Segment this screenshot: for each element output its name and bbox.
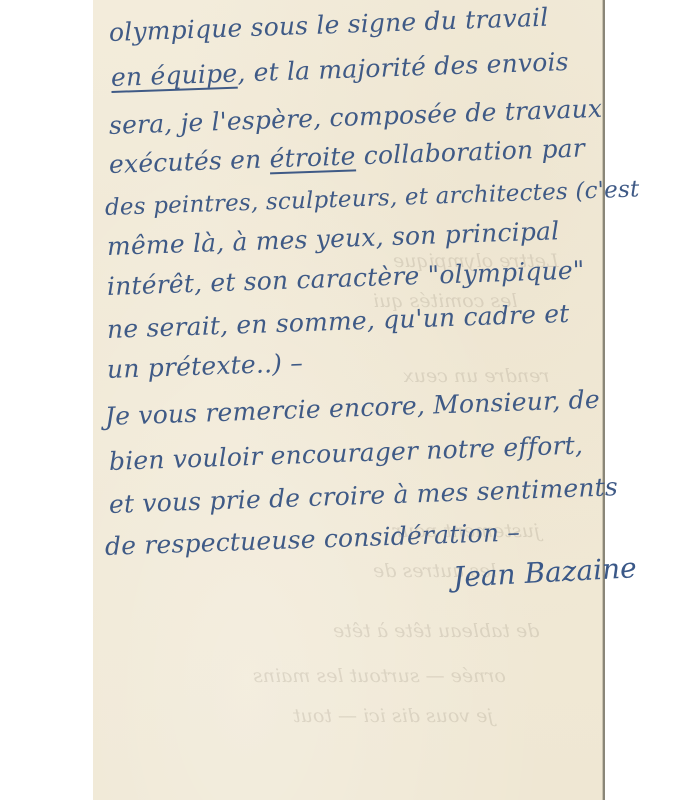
letter-line: et vous prie de croire à mes sentiments — [108, 472, 618, 519]
letter-line: olympique sous le signe du travail — [108, 3, 548, 47]
underlined-phrase: en équipe — [110, 59, 237, 92]
line-text: olympique sous le signe du travail — [108, 3, 548, 47]
line-text: de respectueuse considération – — [104, 518, 520, 561]
letter-line: de respectueuse considération – — [104, 518, 520, 561]
bleed-through-text: de tableau tête à tête — [333, 620, 539, 642]
letter-page: Lettre olympique les comités qui rendre … — [93, 0, 605, 800]
line-text: collaboration par — [355, 133, 585, 170]
letter-line: Je vous remercie encore, Monsieur, de — [104, 385, 600, 431]
letter-line: bien vouloir encourager notre effort, — [108, 430, 583, 476]
underlined-phrase: étroite — [269, 141, 356, 173]
letter-line: des peintres, sculpteurs, et architectes… — [105, 176, 640, 221]
letter-line: exécutés en étroite collaboration par — [108, 133, 585, 179]
line-text: et vous prie de croire à mes sentiments — [108, 472, 618, 519]
letter-line: ne serait, en somme, qu'un cadre et — [106, 299, 569, 344]
line-text: sera, je l'espère, composée de travaux — [108, 94, 602, 140]
bleed-through-text: ornée — surtout les mains — [253, 665, 506, 687]
line-text: Je vous remercie encore, Monsieur, de — [104, 385, 600, 431]
line-text: bien vouloir encourager notre effort, — [108, 430, 583, 476]
line-text: exécutés en — [108, 144, 270, 179]
letter-line: sera, je l'espère, composée de travaux — [108, 94, 602, 140]
line-text: ne serait, en somme, qu'un cadre et — [106, 299, 569, 344]
line-text: un prétexte..) – — [106, 348, 303, 384]
line-text: des peintres, sculpteurs, et architectes… — [105, 176, 640, 221]
bleed-through-text: je vous dis ici — tout — [293, 705, 493, 727]
letter-line: en équipe, et la majorité des envois — [110, 47, 569, 92]
bleed-through-text: rendre un ceux — [403, 365, 549, 387]
letter-line: un prétexte..) – — [106, 348, 303, 384]
signature: Jean Bazaine — [452, 551, 637, 594]
line-text: , et la majorité des envois — [237, 47, 569, 88]
